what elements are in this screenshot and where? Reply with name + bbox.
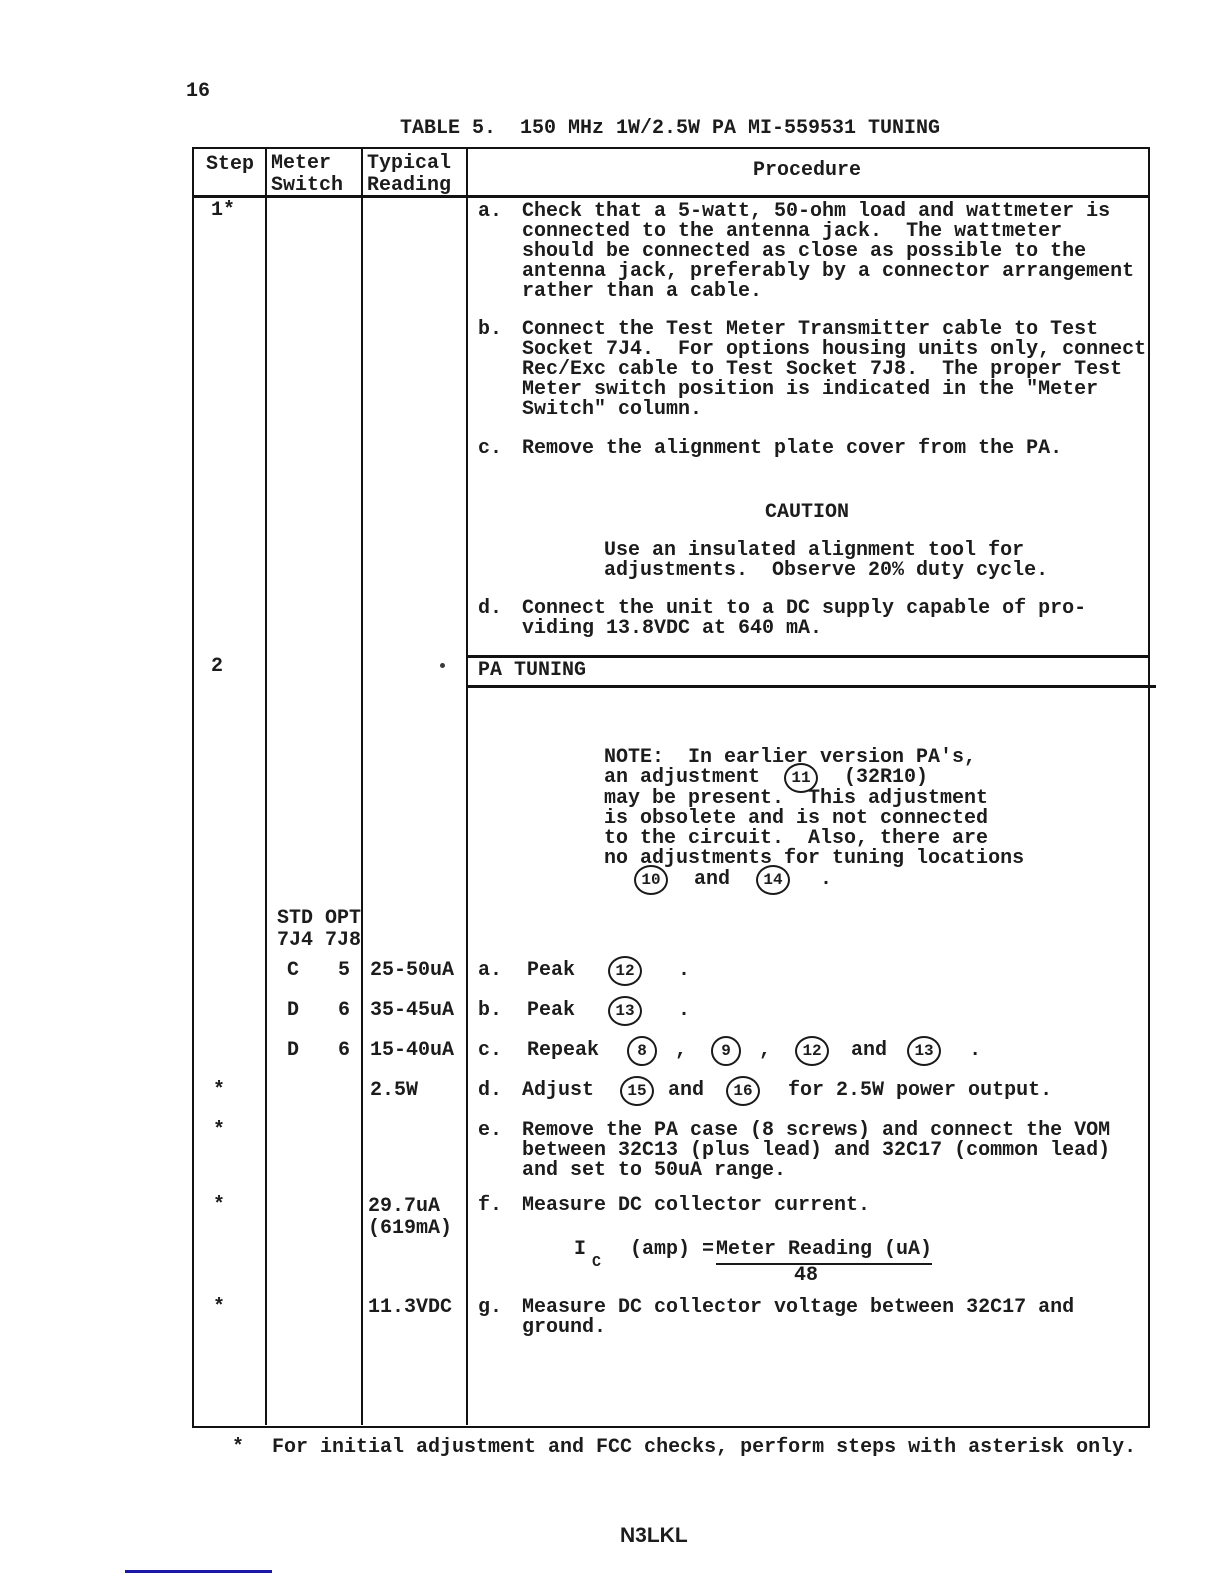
row-c-label: c. [478,1041,502,1061]
item-a-label: a. [478,202,502,222]
item-b-label: b. [478,320,502,340]
item-a-text: Check that a 5-watt, 50-ohm load and wat… [522,202,1162,302]
row-g-text: Measure DC collector voltage between 32C… [522,1298,1162,1338]
row-e-label: e. [478,1121,502,1141]
item-d-text: Connect the unit to a DC supply capable … [522,599,1162,639]
item-b-text: Connect the Test Meter Transmitter cable… [522,320,1162,420]
row-d-reading: 2.5W [370,1081,418,1101]
row-a-procedure: Peak 12 . [527,961,690,981]
column-divider-step [265,147,267,1425]
row-d-asterisk: * [213,1081,225,1101]
row-c-period: . [969,1041,981,1061]
row-b-label: b. [478,1001,502,1021]
formula-equals: (amp) = [630,1240,714,1260]
circled-number-9: 9 [711,1036,741,1066]
row-c-opt: 6 [338,1041,350,1061]
pa-tuning-top-rule [466,655,1148,658]
row-a-reading: 25-50uA [370,961,454,981]
step-2-number: 2 [211,657,223,677]
row-d-tail: for 2.5W power output. [788,1081,1052,1101]
row-b-text: Peak [527,1001,575,1021]
row-a-period: . [678,961,690,981]
row-b-opt: 6 [338,1001,350,1021]
row-d-label: d. [478,1081,502,1101]
row-d-and: and [668,1081,704,1101]
page-number: 16 [186,82,210,102]
row-c-procedure: Repeak 8 , 9 , 12 and 13 . [527,1041,981,1061]
formula-denominator: 48 [794,1266,818,1286]
formula-numerator: Meter Reading (uA) [716,1240,932,1265]
scan-artifact-dot [440,663,445,668]
row-d-text: Adjust [522,1081,594,1101]
footnote-asterisk: * [232,1438,244,1458]
note-line-6: no adjustments for tuning locations [604,849,1024,869]
circled-number-15: 15 [620,1076,654,1106]
row-a-label: a. [478,961,502,981]
callsign: N3LKL [620,1526,688,1546]
circled-number-14: 14 [756,865,790,895]
row-b-period: . [678,1001,690,1021]
item-d-label: d. [478,599,502,619]
row-b-reading: 35-45uA [370,1001,454,1021]
meter-switch-subheader: STD OPT 7J4 7J8 [277,908,361,952]
row-g-label: g. [478,1298,502,1318]
circled-number-8: 8 [627,1036,657,1066]
row-f-asterisk: * [213,1196,225,1216]
caution-heading: CAUTION [466,503,1148,523]
row-a-text: Peak [527,961,575,981]
circled-number-10: 10 [634,865,668,895]
row-f-reading: 29.7uA (619mA) [368,1196,452,1240]
circled-number-12: 12 [608,956,642,986]
step-1-number: 1* [211,201,235,221]
row-c-comma-2: , [759,1041,771,1061]
scanned-manual-page: 16 TABLE 5. 150 MHz 1W/2.5W PA MI-559531… [0,0,1224,1584]
circled-number-13b: 13 [907,1036,941,1066]
row-c-and: and [851,1041,887,1061]
row-a-std: C [287,961,299,981]
item-c-text: Remove the alignment plate cover from th… [522,439,1162,459]
header-procedure: Procedure [466,161,1148,181]
row-b-std: D [287,1001,299,1021]
circled-number-12b: 12 [795,1036,829,1066]
section-title-pa-tuning: PA TUNING [478,661,586,681]
formula-i-symbol: I [574,1240,586,1260]
pa-tuning-bottom-rule [466,685,1156,688]
note-line-4: is obsolete and is not connected [604,809,988,829]
item-c-label: c. [478,439,502,459]
row-a-opt: 5 [338,961,350,981]
table-title: TABLE 5. 150 MHz 1W/2.5W PA MI-559531 TU… [192,119,1148,139]
formula-subscript-c: C [592,1255,601,1270]
note-line-2-ref: (32R10) [844,768,928,788]
row-g-asterisk: * [213,1298,225,1318]
note-line-3: may be present. This adjustment [604,789,988,809]
note-line-2: an adjustment 11 (32R10) [604,768,928,788]
row-f-label: f. [478,1196,502,1216]
row-e-text: Remove the PA case (8 screws) and connec… [522,1121,1162,1181]
row-g-reading: 11.3VDC [368,1298,452,1318]
row-e-asterisk: * [213,1121,225,1141]
circled-number-13: 13 [608,996,642,1026]
note-line-5: to the circuit. Also, there are [604,829,988,849]
row-d-procedure: Adjust 15 and 16 for 2.5W power output. [522,1081,1052,1101]
row-b-procedure: Peak 13 . [527,1001,690,1021]
header-meter-switch: Meter Switch [271,153,343,197]
header-typical-reading: Typical Reading [367,153,451,197]
note-line-7-period: . [820,870,832,890]
row-c-text: Repeak [527,1041,599,1061]
footnote-text: For initial adjustment and FCC checks, p… [272,1438,1136,1458]
header-step: Step [194,155,266,175]
note-line-7: 10 and 14 . [634,870,832,890]
row-c-std: D [287,1041,299,1061]
row-c-comma-1: , [675,1041,687,1061]
note-line-7-and: and [694,870,730,890]
column-divider-meter-switch [361,147,363,1425]
note-line-2-text: an adjustment [604,768,760,788]
circled-number-16: 16 [726,1076,760,1106]
scan-blue-underline [125,1570,272,1573]
row-c-reading: 15-40uA [370,1041,454,1061]
column-divider-typical-reading [466,147,468,1425]
row-f-text: Measure DC collector current. [522,1196,1162,1216]
caution-text: Use an insulated alignment tool for adju… [604,541,1084,581]
